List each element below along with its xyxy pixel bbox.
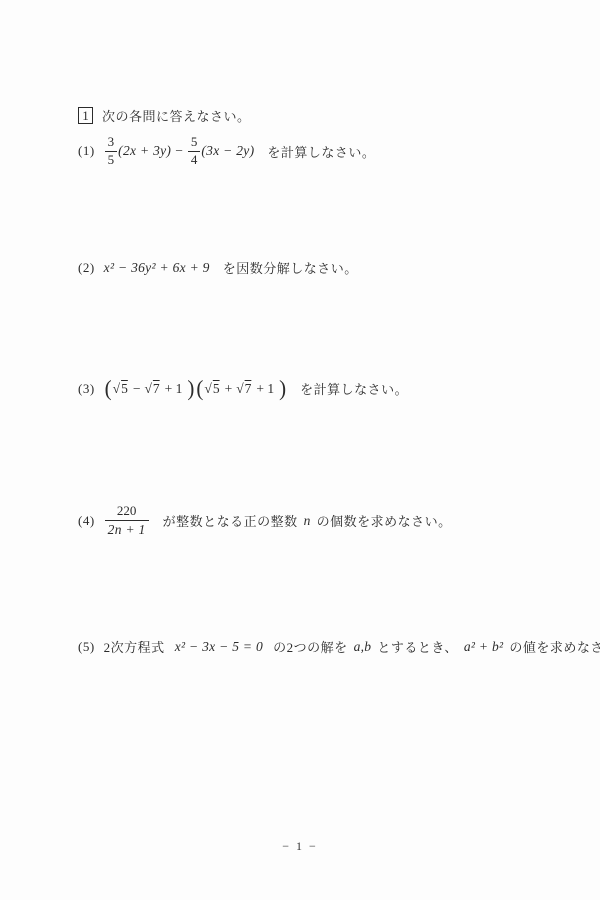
radicand: 7 [244, 381, 253, 396]
sqrt-7: √7 [236, 381, 252, 397]
problem-1-label: (1) [78, 143, 95, 159]
math-expression: (2x + 3y) [118, 143, 171, 159]
radicand: 7 [152, 381, 161, 396]
problem-4-instruction-b: の個数を求めなさい。 [317, 511, 452, 530]
minus-operator: − [175, 143, 183, 159]
variables-ab: a,b [354, 639, 372, 655]
sqrt-5: √5 [204, 381, 220, 397]
fraction-numerator: 3 [105, 135, 118, 152]
radicand: 5 [120, 381, 129, 396]
problem-5-label: (5) [78, 639, 95, 655]
problem-5-middle-a: の2つの解を [273, 637, 348, 656]
plus-operator: + [225, 381, 233, 397]
math-expression: a² + b² [464, 639, 504, 655]
radical-sign: √ [144, 381, 151, 396]
sqrt-5: √5 [113, 381, 129, 397]
problem-2-label: (2) [78, 260, 95, 276]
fraction-denominator: 2n + 1 [105, 521, 149, 538]
problem-5: (5) 2次方程式 x² − 3x − 5 = 0 の2つの解を a,b とする… [78, 637, 600, 656]
problem-1: (1) 3 5 (2x + 3y) − 5 4 (3x − 2y) を計算しなさ… [78, 135, 375, 168]
fraction: 3 5 [105, 135, 118, 168]
problem-3-instruction: を計算しなさい。 [300, 379, 408, 398]
problem-2-instruction: を因数分解しなさい。 [223, 258, 358, 277]
math-expression: (3x − 2y) [201, 143, 254, 159]
radical-sign: √ [236, 381, 243, 396]
problem-2: (2) x² − 36y² + 6x + 9 を因数分解しなさい。 [78, 258, 358, 277]
problem-4-label: (4) [78, 513, 95, 529]
radical-sign: √ [204, 381, 211, 396]
section-heading: 1 次の各問に答えなさい。 [78, 106, 251, 125]
left-paren: ( [105, 377, 112, 399]
fraction-numerator: 220 [105, 504, 149, 521]
math-expression: x² − 36y² + 6x + 9 [104, 260, 210, 276]
plus-one-term: + 1 [256, 381, 274, 397]
fraction-numerator: 5 [188, 135, 201, 152]
quadratic-equation: x² − 3x − 5 = 0 [175, 639, 263, 655]
fraction: 220 2n + 1 [105, 504, 149, 537]
fraction-denominator: 5 [105, 152, 118, 168]
problem-3: (3) ( √5 − √7 + 1 ) ( √5 + √7 + 1 ) を計算し… [78, 378, 408, 399]
problem-4: (4) 220 2n + 1 が整数となる正の整数 n の個数を求めなさい。 [78, 504, 452, 537]
page-number: − 1 − [0, 839, 600, 854]
problem-5-instruction: の値を求めなさい。 [509, 637, 600, 656]
minus-operator: − [133, 381, 141, 397]
sqrt-7: √7 [144, 381, 160, 397]
plus-one-term: + 1 [165, 381, 183, 397]
section-number-box: 1 [78, 107, 93, 124]
radical-sign: √ [113, 381, 120, 396]
right-paren: ) [187, 377, 194, 399]
fraction-denominator: 4 [188, 152, 201, 168]
problem-1-instruction: を計算しなさい。 [267, 142, 375, 161]
section-instruction: 次の各問に答えなさい。 [102, 106, 251, 125]
problem-3-label: (3) [78, 381, 95, 397]
radicand: 5 [212, 381, 221, 396]
exam-page: 1 次の各問に答えなさい。 (1) 3 5 (2x + 3y) − 5 4 (3… [0, 0, 600, 900]
left-paren: ( [196, 377, 203, 399]
variable-n: n [304, 513, 311, 529]
fraction: 5 4 [188, 135, 201, 168]
problem-5-middle-b: とするとき、 [377, 637, 457, 656]
right-paren: ) [279, 377, 286, 399]
problem-4-instruction-a: が整数となる正の整数 [163, 511, 298, 530]
problem-5-prefix: 2次方程式 [104, 637, 165, 656]
